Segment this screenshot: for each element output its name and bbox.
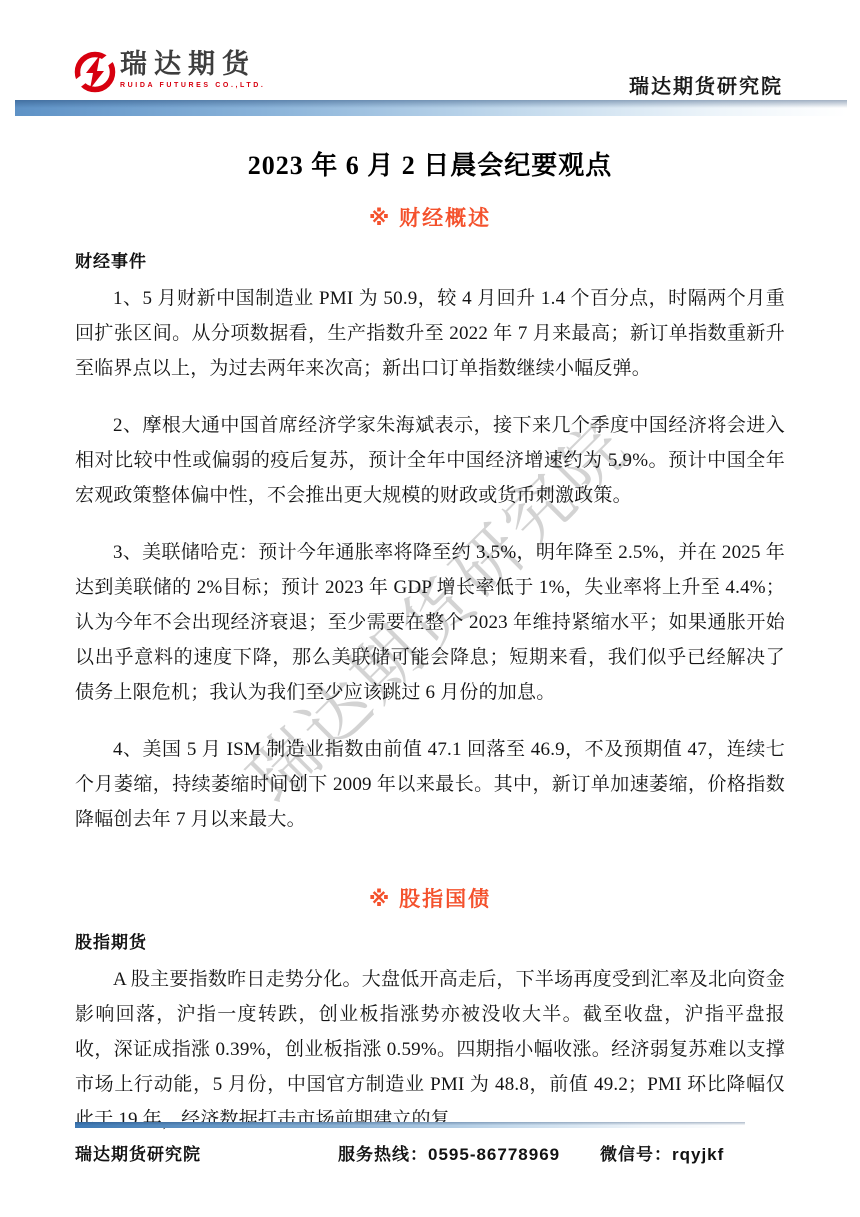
section-heading-finance-overview: ※ 财经概述 (75, 202, 785, 232)
footer-gradient-line (75, 1122, 745, 1128)
footer-wechat: 微信号：rqyjkf (600, 1140, 724, 1165)
page-footer: 瑞达期货研究院 服务热线：0595-86778969 微信号：rqyjkf (0, 1107, 860, 1217)
paragraph-pmi-caixin: 1、5 月财新中国制造业 PMI 为 50.9，较 4 月回升 1.4 个百分点… (75, 281, 785, 386)
paragraph-fed-harker: 3、美联储哈克：预计今年通胀率将降至约 3.5%，明年降至 2.5%，并在 20… (75, 535, 785, 710)
paragraph-jpmorgan: 2、摩根大通中国首席经济学家朱海斌表示，接下来几个季度中国经济将会进入相对比较中… (75, 408, 785, 513)
document-body: 2023 年 6 月 2 日晨会纪要观点 ※ 财经概述 财经事件 1、5 月财新… (0, 0, 860, 1137)
footer-hotline: 服务热线：0595-86778969 (338, 1140, 560, 1165)
subheading-index-futures: 股指期货 (75, 928, 785, 953)
section-finance-overview: ※ 财经概述 财经事件 1、5 月财新中国制造业 PMI 为 50.9，较 4 … (75, 202, 785, 837)
section-heading-index-bonds: ※ 股指国债 (75, 883, 785, 913)
subheading-finance-events: 财经事件 (75, 247, 785, 272)
section-index-bonds: ※ 股指国债 股指期货 A 股主要指数昨日走势分化。大盘低开高走后，下半场再度受… (75, 883, 785, 1137)
footer-institute: 瑞达期货研究院 (75, 1140, 201, 1165)
paragraph-ism-index: 4、美国 5 月 ISM 制造业指数由前值 47.1 回落至 46.9，不及预期… (75, 732, 785, 837)
document-page: 瑞达期货 RUIDA FUTURES CO.,LTD. 瑞达期货研究院 瑞达期货… (0, 0, 860, 1217)
document-title: 2023 年 6 月 2 日晨会纪要观点 (75, 145, 785, 182)
